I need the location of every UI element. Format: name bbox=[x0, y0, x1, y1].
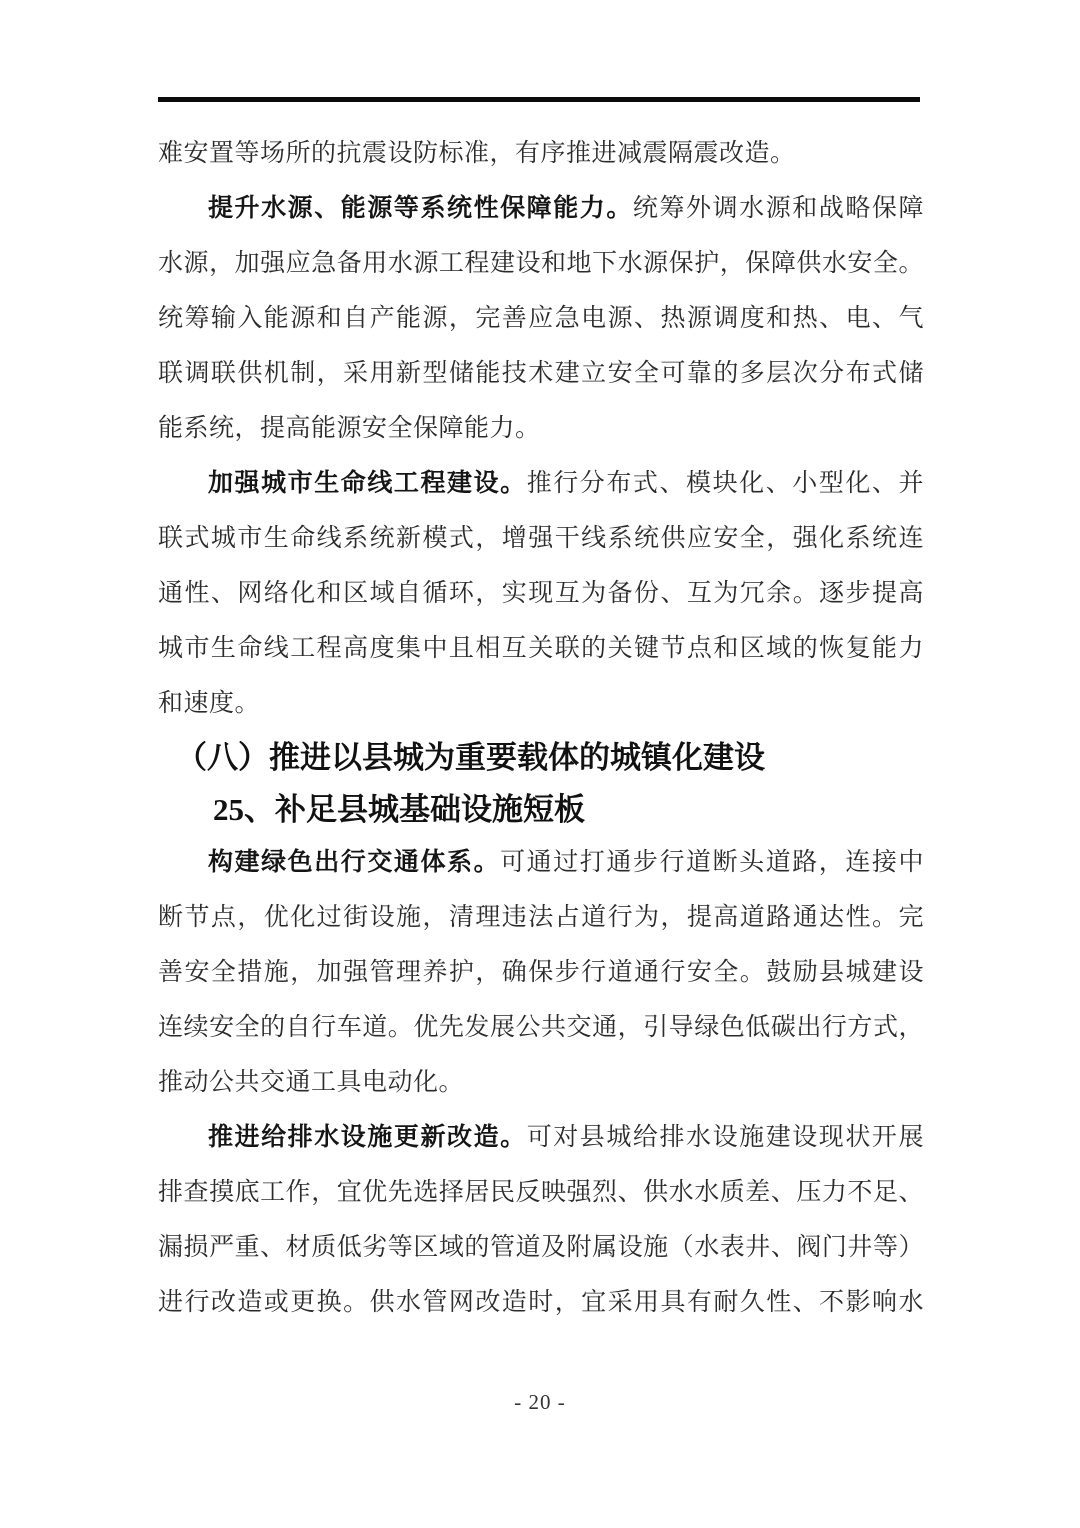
paragraph-text: 连续安全的自行车道。优先发展公共交通，引导绿色低碳出行方式， bbox=[158, 1014, 924, 1041]
paragraph-lead: 提升水源、能源等系统性保障能力。 bbox=[208, 195, 633, 222]
page-number: - 20 - bbox=[0, 1390, 1080, 1415]
text-line: 排查摸底工作，宜优先选择居民反映强烈、供水水质差、压力不足、 bbox=[158, 1165, 924, 1220]
subsection-heading: 25、补足县城基础设施短板 bbox=[158, 785, 924, 835]
text-line: 连续安全的自行车道。优先发展公共交通，引导绿色低碳出行方式， bbox=[158, 1000, 924, 1055]
paragraph-text: 联式城市生命线系统新模式，增强干线系统供应安全，强化系统连 bbox=[158, 525, 924, 552]
paragraph: 推进给排水设施更新改造。可对县城给排水设施建设现状开展 排查摸底工作，宜优先选择… bbox=[158, 1110, 924, 1330]
header-rule bbox=[158, 97, 920, 102]
paragraph: 加强城市生命线工程建设。推行分布式、模块化、小型化、并 联式城市生命线系统新模式… bbox=[158, 456, 924, 731]
paragraph-text: 能系统，提高能源安全保障能力。 bbox=[158, 415, 541, 442]
text-line: 统筹输入能源和自产能源，完善应急电源、热源调度和热、电、气 bbox=[158, 291, 924, 346]
text-line: 能系统，提高能源安全保障能力。 bbox=[158, 401, 924, 456]
paragraph: 难安置等场所的抗震设防标准，有序推进减震隔震改造。 bbox=[158, 126, 924, 181]
paragraph-text: 难安置等场所的抗震设防标准，有序推进减震隔震改造。 bbox=[158, 140, 796, 167]
paragraph-lead: 构建绿色出行交通体系。 bbox=[208, 849, 500, 876]
paragraph-text: 断节点，优化过街设施，清理违法占道行为，提高道路通达性。完 bbox=[158, 904, 924, 931]
paragraph-lead: 推进给排水设施更新改造。 bbox=[208, 1124, 527, 1151]
text-line: 漏损严重、材质低劣等区域的管道及附属设施（水表井、阀门井等） bbox=[158, 1220, 924, 1275]
text-line: 善安全措施，加强管理养护，确保步行道通行安全。鼓励县城建设 bbox=[158, 945, 924, 1000]
paragraph-lead: 加强城市生命线工程建设。 bbox=[208, 470, 527, 497]
text-line: 联式城市生命线系统新模式，增强干线系统供应安全，强化系统连 bbox=[158, 511, 924, 566]
paragraph-text: 联调联供机制，采用新型储能技术建立安全可靠的多层次分布式储 bbox=[158, 360, 924, 387]
section-heading: （八）推进以县城为重要载体的城镇化建设 bbox=[158, 731, 924, 785]
paragraph-text: 城市生命线工程高度集中且相互关联的关键节点和区域的恢复能力 bbox=[158, 635, 924, 662]
paragraph-text: 通性、网络化和区域自循环，实现互为备份、互为冗余。逐步提高 bbox=[158, 580, 924, 607]
paragraph-text: 统筹输入能源和自产能源，完善应急电源、热源调度和热、电、气 bbox=[158, 305, 924, 332]
paragraph-text: 水源，加强应急备用水源工程建设和地下水源保护，保障供水安全。 bbox=[158, 250, 924, 277]
paragraph-text: 善安全措施，加强管理养护，确保步行道通行安全。鼓励县城建设 bbox=[158, 959, 924, 986]
text-line: 难安置等场所的抗震设防标准，有序推进减震隔震改造。 bbox=[158, 126, 924, 181]
text-line: 进行改造或更换。供水管网改造时，宜采用具有耐久性、不影响水 bbox=[158, 1275, 924, 1330]
paragraph-text: 进行改造或更换。供水管网改造时，宜采用具有耐久性、不影响水 bbox=[158, 1289, 924, 1316]
paragraph-text: 统筹外调水源和战略保障 bbox=[633, 195, 924, 222]
paragraph: 构建绿色出行交通体系。可通过打通步行道断头道路，连接中 断节点，优化过街设施，清… bbox=[158, 835, 924, 1110]
text-line: 推动公共交通工具电动化。 bbox=[158, 1055, 924, 1110]
text-line: 推进给排水设施更新改造。可对县城给排水设施建设现状开展 bbox=[158, 1110, 924, 1165]
text-line: 联调联供机制，采用新型储能技术建立安全可靠的多层次分布式储 bbox=[158, 346, 924, 401]
paragraph: 提升水源、能源等系统性保障能力。统筹外调水源和战略保障 水源，加强应急备用水源工… bbox=[158, 181, 924, 456]
paragraph-text: 和速度。 bbox=[158, 690, 260, 717]
text-line: 提升水源、能源等系统性保障能力。统筹外调水源和战略保障 bbox=[158, 181, 924, 236]
text-line: 和速度。 bbox=[158, 676, 924, 731]
text-line: 构建绿色出行交通体系。可通过打通步行道断头道路，连接中 bbox=[158, 835, 924, 890]
paragraph-text: 推行分布式、模块化、小型化、并 bbox=[527, 470, 924, 497]
paragraph-text: 可对县城给排水设施建设现状开展 bbox=[527, 1124, 924, 1151]
document-body: 难安置等场所的抗震设防标准，有序推进减震隔震改造。 提升水源、能源等系统性保障能… bbox=[158, 126, 924, 1330]
paragraph-text: 可通过打通步行道断头道路，连接中 bbox=[500, 849, 924, 876]
paragraph-text: 漏损严重、材质低劣等区域的管道及附属设施（水表井、阀门井等） bbox=[158, 1234, 924, 1261]
text-line: 水源，加强应急备用水源工程建设和地下水源保护，保障供水安全。 bbox=[158, 236, 924, 291]
text-line: 加强城市生命线工程建设。推行分布式、模块化、小型化、并 bbox=[158, 456, 924, 511]
document-page: 难安置等场所的抗震设防标准，有序推进减震隔震改造。 提升水源、能源等系统性保障能… bbox=[0, 0, 1080, 1528]
text-line: 通性、网络化和区域自循环，实现互为备份、互为冗余。逐步提高 bbox=[158, 566, 924, 621]
paragraph-text: 排查摸底工作，宜优先选择居民反映强烈、供水水质差、压力不足、 bbox=[158, 1179, 924, 1206]
text-line: 城市生命线工程高度集中且相互关联的关键节点和区域的恢复能力 bbox=[158, 621, 924, 676]
text-line: 断节点，优化过街设施，清理违法占道行为，提高道路通达性。完 bbox=[158, 890, 924, 945]
paragraph-text: 推动公共交通工具电动化。 bbox=[158, 1069, 464, 1096]
